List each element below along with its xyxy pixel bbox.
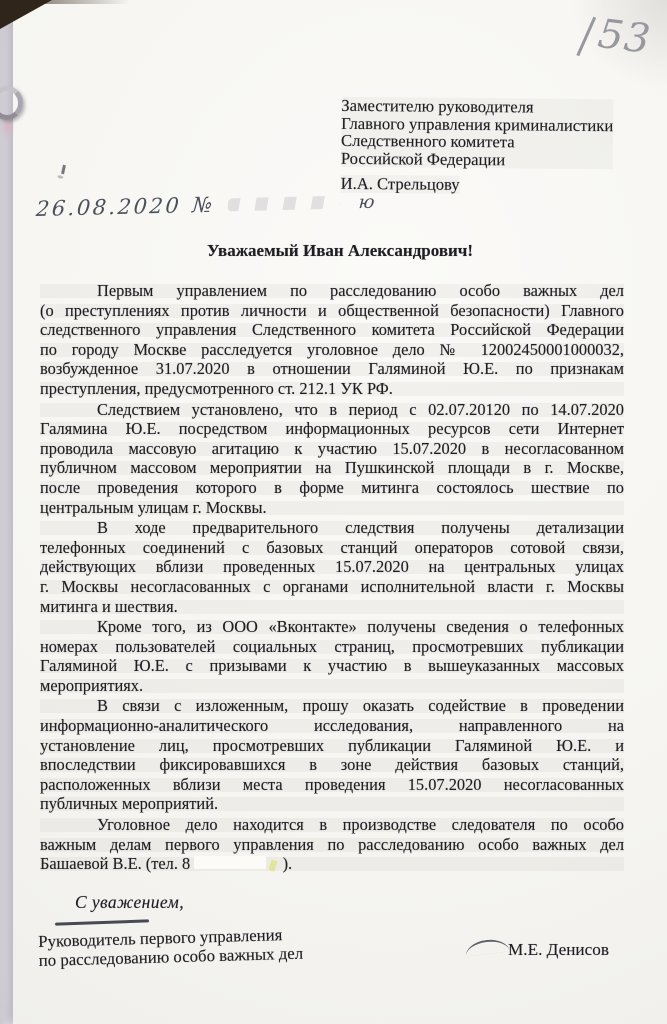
- valediction: С уважением,: [75, 892, 184, 913]
- body-line: телефонных соединений с базовых станций …: [40, 538, 624, 558]
- signature-stroke: [464, 937, 509, 956]
- handwritten-trailing-mark: ю: [358, 192, 378, 213]
- recipient-block: Заместителю руководителя Главного управл…: [341, 97, 614, 195]
- paragraph-6: Уголовное дело находится в производстве …: [40, 815, 624, 874]
- body-line: центральным улицам г. Москвы.: [40, 498, 624, 518]
- body-line: публичных мероприятий.: [40, 794, 624, 814]
- scanned-letter: 53 Заместителю руководителя Главного упр…: [0, 0, 667, 1024]
- body-line: следственного управления Следственного к…: [40, 320, 624, 340]
- body-line: расположенных вблизи места проведения 15…: [40, 775, 624, 795]
- body-line: по городу Москве расследуется уголовное …: [40, 340, 624, 360]
- body-line: номерах пользователей социальных страниц…: [40, 637, 624, 657]
- signer-title: Руководитель первого управления по рассл…: [38, 926, 303, 971]
- body-line: после проведения которого в форме митинг…: [40, 478, 624, 498]
- body-line: Уголовное дело находится в производстве …: [40, 815, 624, 835]
- binder-corner: [0, 0, 52, 29]
- body-line: важным делам первого управления по рассл…: [40, 835, 624, 855]
- paragraph-2: Следствием установлено, что в период с 0…: [40, 400, 624, 518]
- scan-artifact-smudge: [61, 165, 66, 174]
- recipient-line: Российской Федерации: [341, 150, 613, 170]
- paragraph-1: Первым управлением по расследованию особ…: [40, 281, 624, 399]
- paragraph-4: Кроме того, из ООО «Вконтакте» получены …: [40, 617, 624, 695]
- pen-underline-stroke: [55, 919, 149, 925]
- body-line: (о преступлениях против личности и общес…: [40, 301, 624, 321]
- signer-name: М.Е. Денисов: [508, 940, 609, 960]
- body-line: В связи с изложенным, прошу оказать соде…: [40, 696, 624, 716]
- registration-line: 26.08.2020 № ю: [35, 189, 367, 221]
- body-line: мероприятиях.: [40, 676, 624, 696]
- body-line: публичном массовом мероприятии на Пушкин…: [40, 458, 624, 478]
- body-line: действующих вблизи проведенных 15.07.202…: [40, 557, 624, 577]
- body-line: проводила массовую агитацию к участию 15…: [40, 439, 624, 459]
- salutation: Уважаемый Иван Александрович!: [13, 241, 667, 261]
- body-line: Галямина Ю.Е. посредством информационных…: [40, 419, 624, 439]
- phone-line-prefix: Башаевой В.Е. (тел. 8: [40, 854, 190, 873]
- body-line: В ходе предварительного следствия получе…: [40, 518, 624, 538]
- body-line: установление лиц, просмотревших публикац…: [40, 736, 624, 756]
- body-line: Первым управлением по расследованию особ…: [40, 281, 624, 301]
- body-line-with-redaction: Башаевой В.Е. (тел. 8 ).: [40, 854, 624, 874]
- body-line: г. Москвы несогласованных с органами исп…: [40, 577, 624, 597]
- handwritten-page-number: 53: [595, 11, 653, 63]
- erased-registration-number: [227, 196, 340, 212]
- body-line: Следствием установлено, что в период с 0…: [40, 400, 624, 420]
- handwritten-date: 26.08.2020: [35, 193, 182, 221]
- paper-sheet: 53 Заместителю руководителя Главного упр…: [13, 0, 667, 1024]
- phone-line-suffix: ).: [283, 854, 293, 873]
- body-line: Галяминой Ю.Е. с призывами к участию в в…: [40, 656, 624, 676]
- body-line: митинга и шествия.: [40, 597, 624, 617]
- body-line: Кроме того, из ООО «Вконтакте» получены …: [40, 617, 624, 637]
- whiteout-mark: [269, 859, 278, 871]
- letter-body: Первым управлением по расследованию особ…: [40, 281, 624, 875]
- body-line: информационно-аналитического исследовани…: [40, 716, 624, 736]
- body-line: преступления, предусмотренного ст. 212.1…: [40, 379, 624, 399]
- whited-out-phone-number: [194, 856, 266, 869]
- paragraph-5: В связи с изложенным, прошу оказать соде…: [40, 696, 624, 814]
- body-line: впоследствии фиксировавшихся в зоне дейс…: [40, 755, 624, 775]
- paragraph-3: В ходе предварительного следствия получе…: [40, 518, 624, 616]
- page-number-text: 53: [595, 11, 653, 63]
- handwritten-number-sign: №: [191, 193, 215, 218]
- body-line: возбужденное 31.07.2020 в отношении Галя…: [40, 359, 624, 379]
